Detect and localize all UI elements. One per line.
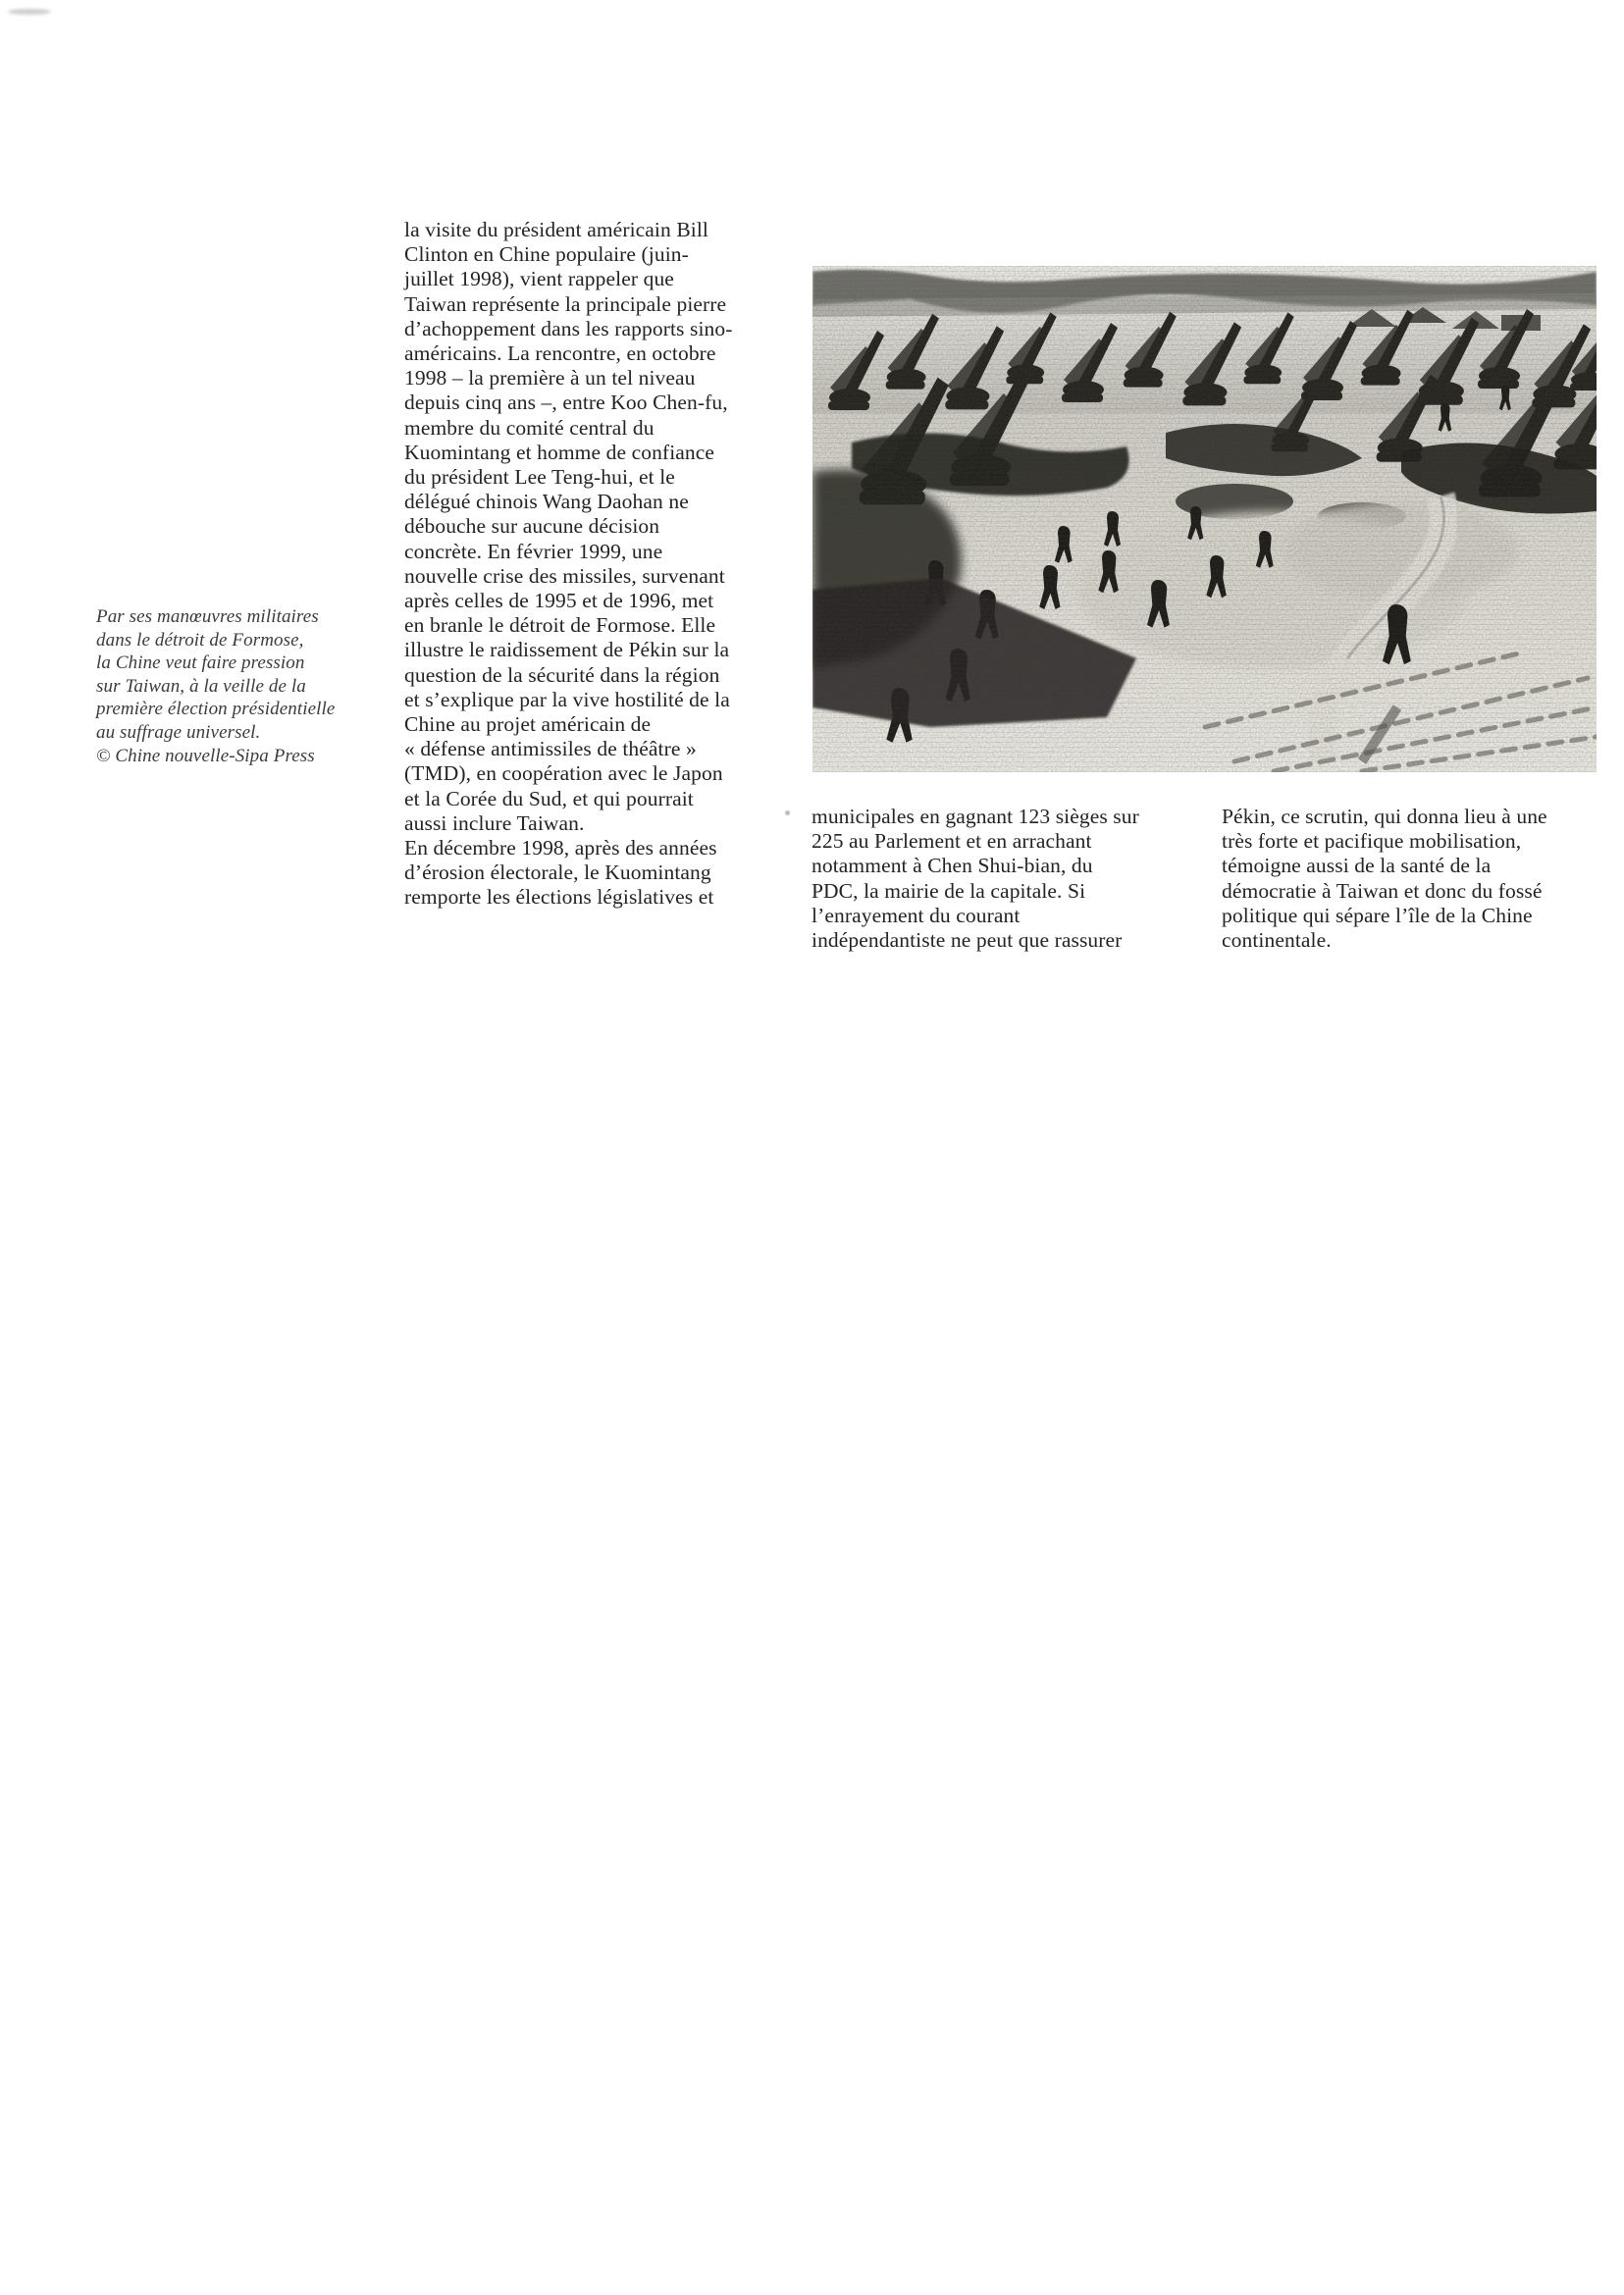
print-smudge-artifact [8,9,51,15]
document-page: Par ses manœuvres militaires dans le dét… [0,0,1624,2295]
photo-caption: Par ses manœuvres militaires dans le dét… [96,605,395,767]
caption-credit: © Chine nouvelle-Sipa Press [96,745,395,768]
article-column-1: la visite du président américain Bill Cl… [404,218,797,911]
military-photo-illustration [812,266,1597,772]
caption-text: Par ses manœuvres militaires dans le dét… [96,605,395,745]
article-column-2: municipales en gagnant 123 sièges sur 22… [812,805,1199,953]
military-maneuvers-photo [812,266,1597,772]
article-column-3: Pékin, ce scrutin, qui donna lieu à une … [1222,805,1609,953]
